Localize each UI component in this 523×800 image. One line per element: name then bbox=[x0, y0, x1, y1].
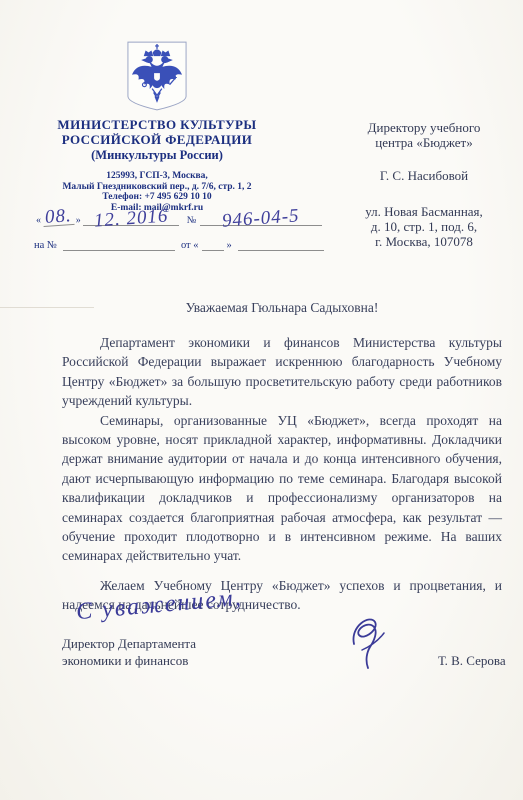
quote-close: » bbox=[76, 215, 81, 226]
org-name-line2: РОССИЙСКОЙ ФЕДЕРАЦИИ bbox=[28, 133, 286, 148]
scanned-letter-page: МИНИСТЕРСТВО КУЛЬТУРЫ РОССИЙСКОЙ ФЕДЕРАЦ… bbox=[0, 0, 523, 800]
coat-of-arms-russia-icon bbox=[126, 40, 188, 112]
recipient-address-line1: ул. Новая Басманная, bbox=[338, 204, 510, 219]
signer-title-line1: Директор Департамента bbox=[62, 636, 196, 653]
recipient-address-line2: д. 10, стр. 1, под. 6, bbox=[338, 219, 510, 234]
signature-icon bbox=[344, 608, 408, 676]
incoming-number-line: на № от « » bbox=[34, 236, 324, 251]
date-blank: 12. 2016 bbox=[83, 211, 179, 226]
signer-name: Т. В. Серова bbox=[438, 653, 506, 669]
org-name-short: (Минкультуры России) bbox=[28, 148, 286, 163]
signer-title-line2: экономики и финансов bbox=[62, 653, 196, 670]
recipient-name: Г. С. Насибовой bbox=[338, 168, 510, 183]
handwritten-day: 08. bbox=[42, 208, 74, 227]
recipient-title-line1: Директору учебного bbox=[338, 120, 510, 135]
incoming-number-blank bbox=[63, 236, 175, 251]
ot-close-quote: » bbox=[227, 240, 232, 251]
org-address-line1: 125993, ГСП-3, Москва, bbox=[28, 171, 286, 182]
number-blank: 946-04-5 bbox=[200, 211, 322, 226]
outgoing-number-line: « 08. » 12. 2016 № 946-04-5 bbox=[34, 200, 324, 226]
recipient-block: Директору учебного центра «Бюджет» Г. С.… bbox=[338, 120, 510, 249]
handwritten-number: 946-04-5 bbox=[222, 208, 301, 229]
reference-block: « 08. » 12. 2016 № 946-04-5 на № от « » bbox=[34, 200, 324, 251]
incoming-date-blank bbox=[238, 236, 324, 251]
org-name-line1: МИНИСТЕРСТВО КУЛЬТУРЫ bbox=[28, 118, 286, 133]
quote-open: « bbox=[36, 215, 41, 226]
paragraph-1: Департамент экономики и финансов Министе… bbox=[62, 333, 502, 411]
number-sign: № bbox=[187, 215, 197, 226]
recipient-title-line2: центра «Бюджет» bbox=[338, 135, 510, 150]
paragraph-2: Семинары, организованные УЦ «Бюджет», вс… bbox=[62, 411, 502, 566]
signer-title: Директор Департамента экономики и финанс… bbox=[62, 636, 196, 669]
letter-body: Уважаемая Гюльнара Садыховна! Департамен… bbox=[62, 300, 502, 615]
handwritten-month-year: 12. 2016 bbox=[93, 208, 168, 229]
ot-label: от « bbox=[181, 240, 199, 251]
incoming-day-blank bbox=[202, 236, 224, 251]
salutation: Уважаемая Гюльнара Садыховна! bbox=[62, 300, 502, 316]
org-address-line2: Малый Гнездниковский пер., д. 7/6, стр. … bbox=[28, 182, 286, 193]
na-no-label: на № bbox=[34, 240, 57, 251]
recipient-address-line3: г. Москва, 107078 bbox=[338, 234, 510, 249]
letterhead: МИНИСТЕРСТВО КУЛЬТУРЫ РОССИЙСКОЙ ФЕДЕРАЦ… bbox=[28, 40, 286, 213]
